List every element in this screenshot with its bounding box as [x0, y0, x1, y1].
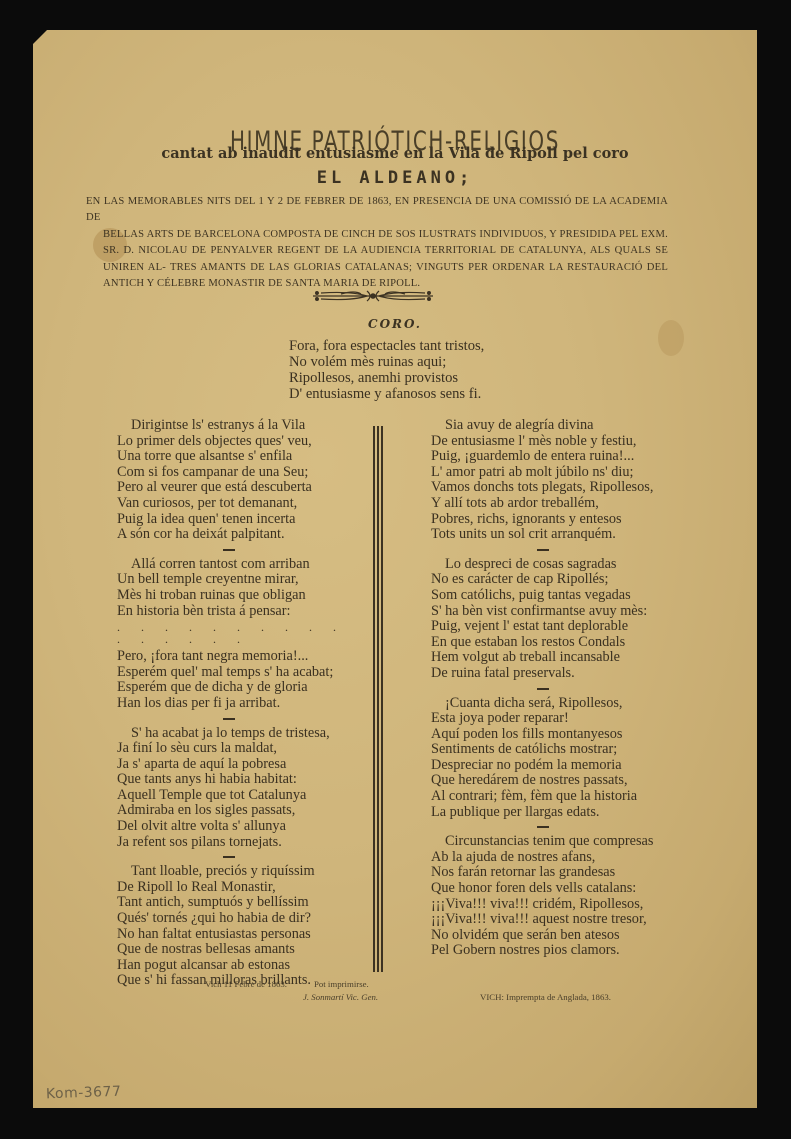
stanza: Dirigintse ls' estranys á la Vila Lo pri… [117, 418, 367, 543]
verse-line: Ripollesos, anemhi provistos [289, 370, 484, 386]
verse-line: Dirigintse ls' estranys á la Vila [117, 418, 367, 434]
stanza-continuation: Pero, ¡fora tant negra memoria!... Esper… [117, 649, 367, 711]
verse-line: ¡¡¡Viva!!! viva!!! aquest nostre tresor, [431, 912, 686, 928]
verse-line: No han faltat entusiastas personas [117, 927, 367, 943]
stanza: ¡Cuanta dicha será, Ripollesos, Esta joy… [431, 696, 686, 821]
stanza-separator [223, 856, 235, 858]
verse-line: Que heredárem de nostres passats, [431, 773, 686, 789]
verse-line: Puig la idea quen' tenen incerta [117, 512, 367, 528]
verse-line: Ab la ajuda de nostres afans, [431, 850, 686, 866]
verse-line: Esta joya poder reparar! [431, 711, 686, 727]
verse-line: Sentiments de católichs mostrar; [431, 742, 686, 758]
decorative-scroll-ornament-icon [311, 288, 435, 304]
verse-line: Pero al veurer que está descuberta [117, 480, 367, 496]
verse-line: Van curiosos, per tot demanant, [117, 496, 367, 512]
right-column: Sia avuy de alegría divina De entusiasme… [431, 418, 686, 959]
verse-line: Y allí tots ab ardor treballém, [431, 496, 686, 512]
verse-line: Som católichs, puig tantas vegadas [431, 588, 686, 604]
verse-line: Lo primer dels objectes ques' veu, [117, 434, 367, 450]
verse-line: L' amor patri ab molt júbilo ns' diu; [431, 465, 686, 481]
document-subtitle: cantat ab inaudit entusiasme en la Vila … [33, 145, 757, 162]
verse-line: Circunstancias tenim que compresas [431, 834, 686, 850]
stanza: Circunstancias tenim que compresas Ab la… [431, 834, 686, 959]
verse-line: Nos farán retornar las grandesas [431, 865, 686, 881]
verse-line: Qués' tornés ¿qui ho habia de dir? [117, 911, 367, 927]
footer-imprimatur: Pot imprimirse. [314, 979, 369, 989]
verse-line: Pero, ¡fora tant negra memoria!... [117, 649, 367, 665]
verse-line: S' ha bèn vist confirmantse avuy mès: [431, 604, 686, 620]
verse-line: Puig, ¡guardemlo de entera ruina!... [431, 449, 686, 465]
verse-line: Hem volgut ab treball incansable [431, 650, 686, 666]
verse-line: Tant lloable, preciós y riquíssim [117, 864, 367, 880]
verse-line: Fora, fora espectacles tant tristos, [289, 338, 484, 354]
verse-line: Pel Gobern nostres pios clamors. [431, 943, 686, 959]
verse-line: Vamos donchs tots plegats, Ripollesos, [431, 480, 686, 496]
chorus-heading: CORO. [33, 317, 757, 331]
left-column: Dirigintse ls' estranys á la Vila Lo pri… [117, 418, 367, 989]
verse-line: Que honor foren dels vells catalans: [431, 881, 686, 897]
footer-censor-signature: J. Sonmartí Vic. Gen. [303, 992, 378, 1002]
verse-line: Esperém quel' mal temps s' ha acabat; [117, 665, 367, 681]
torn-corner [33, 30, 47, 44]
verse-line: De entusiasme l' mès noble y festiu, [431, 434, 686, 450]
stanza: Sia avuy de alegría divina De entusiasme… [431, 418, 686, 543]
intro-paragraph: En las memorables nits del 1 y 2 de Febr… [103, 194, 668, 292]
verse-line: Despreciar no podém la memoria [431, 758, 686, 774]
verse-line: De ruina fatal preservals. [431, 666, 686, 682]
verse-line: Tots units un sol crit arranquém. [431, 527, 686, 543]
verse-line: Al contrari; fèm, fèm que la historia [431, 789, 686, 805]
verse-line: Pobres, richs, ignorants y entesos [431, 512, 686, 528]
stanza-separator [537, 826, 549, 828]
footer-printer: VICH: Imprempta de Anglada, 1863. [480, 992, 611, 1002]
verse-line: Tant antich, sumptuós y bellíssim [117, 895, 367, 911]
verse-line: Admiraba en los sigles passats, [117, 803, 367, 819]
ellipsis-dots: . . . . . . . . . . . . . . . . [117, 621, 367, 645]
verse-line: De Ripoll lo Real Monastir, [117, 880, 367, 896]
verse-line: D' entusiasme y afanosos sens fi. [289, 386, 484, 402]
stanza-separator [537, 549, 549, 551]
chorus-verse: Fora, fora espectacles tant tristos, No … [289, 338, 484, 402]
verse-line: Ja refent sos pilans tornejats. [117, 835, 367, 851]
verse-line: Han los dias per fi ja arribat. [117, 696, 367, 712]
stanza: Lo despreci de cosas sagradas No es cará… [431, 557, 686, 682]
stanza: Allá corren tantost com arriban Un bell … [117, 557, 367, 619]
verse-line: No es carácter de cap Ripollés; [431, 572, 686, 588]
verse-line: S' ha acabat ja lo temps de tristesa, [117, 726, 367, 742]
verse-line: Una torre que alsantse s' enfila [117, 449, 367, 465]
verse-line: ¡¡¡Viva!!! viva!!! cridém, Ripollesos, [431, 897, 686, 913]
choir-name: EL ALDEANO; [33, 168, 757, 188]
stanza-separator [223, 549, 235, 551]
verse-line: A són cor ha deixát palpitant. [117, 527, 367, 543]
intro-line: En las memorables nits del 1 y 2 de Febr… [86, 194, 668, 227]
verse-line: Puig, vejent l' estat tant deplorable [431, 619, 686, 635]
verse-line: Un bell temple creyentne mirar, [117, 572, 367, 588]
stanza-separator [537, 688, 549, 690]
verse-line: La publique per llargas edats. [431, 805, 686, 821]
verse-line: No olvidém que serán ben atesos [431, 928, 686, 944]
verse-line: Ja s' aparta de aquí la pobresa [117, 757, 367, 773]
verse-line: Aquí poden los fills montanyesos [431, 727, 686, 743]
broadside-sheet: HIMNE PATRIÓTICH-RELIGIOS cantat ab inau… [33, 30, 757, 1108]
archive-pencil-mark: Kom-3677 [46, 1084, 122, 1103]
verse-line: ¡Cuanta dicha será, Ripollesos, [431, 696, 686, 712]
stanza-separator [223, 718, 235, 720]
verse-line: Ja finí lo sèu curs la maldat, [117, 741, 367, 757]
verse-line: Com si fos campanar de una Seu; [117, 465, 367, 481]
verse-line: Esperém que de dicha y de gloria [117, 680, 367, 696]
verse-line: Han pogut alcansar ab estonas [117, 958, 367, 974]
footer-date: Vich 11 Febre de 1863. [205, 979, 287, 989]
verse-line: Que de nostras bellesas amants [117, 942, 367, 958]
verse-line: Mès hi troban ruinas que obligan [117, 588, 367, 604]
verse-line: En que estaban los restos Condals [431, 635, 686, 651]
verse-line: Lo despreci de cosas sagradas [431, 557, 686, 573]
verse-line: Aquell Temple que tot Catalunya [117, 788, 367, 804]
stanza: S' ha acabat ja lo temps de tristesa, Ja… [117, 726, 367, 851]
stanza: Tant lloable, preciós y riquíssim De Rip… [117, 864, 367, 989]
verse-line: Allá corren tantost com arriban [117, 557, 367, 573]
verse-line: Del olvit altre volta s' allunya [117, 819, 367, 835]
verse-line: Que tants anys hi habia habitat: [117, 772, 367, 788]
column-divider-rule [373, 426, 383, 972]
verse-line: No volém mès ruinas aqui; [289, 354, 484, 370]
verse-line: En historia bèn trista á pensar: [117, 604, 367, 620]
verse-line: Sia avuy de alegría divina [431, 418, 686, 434]
